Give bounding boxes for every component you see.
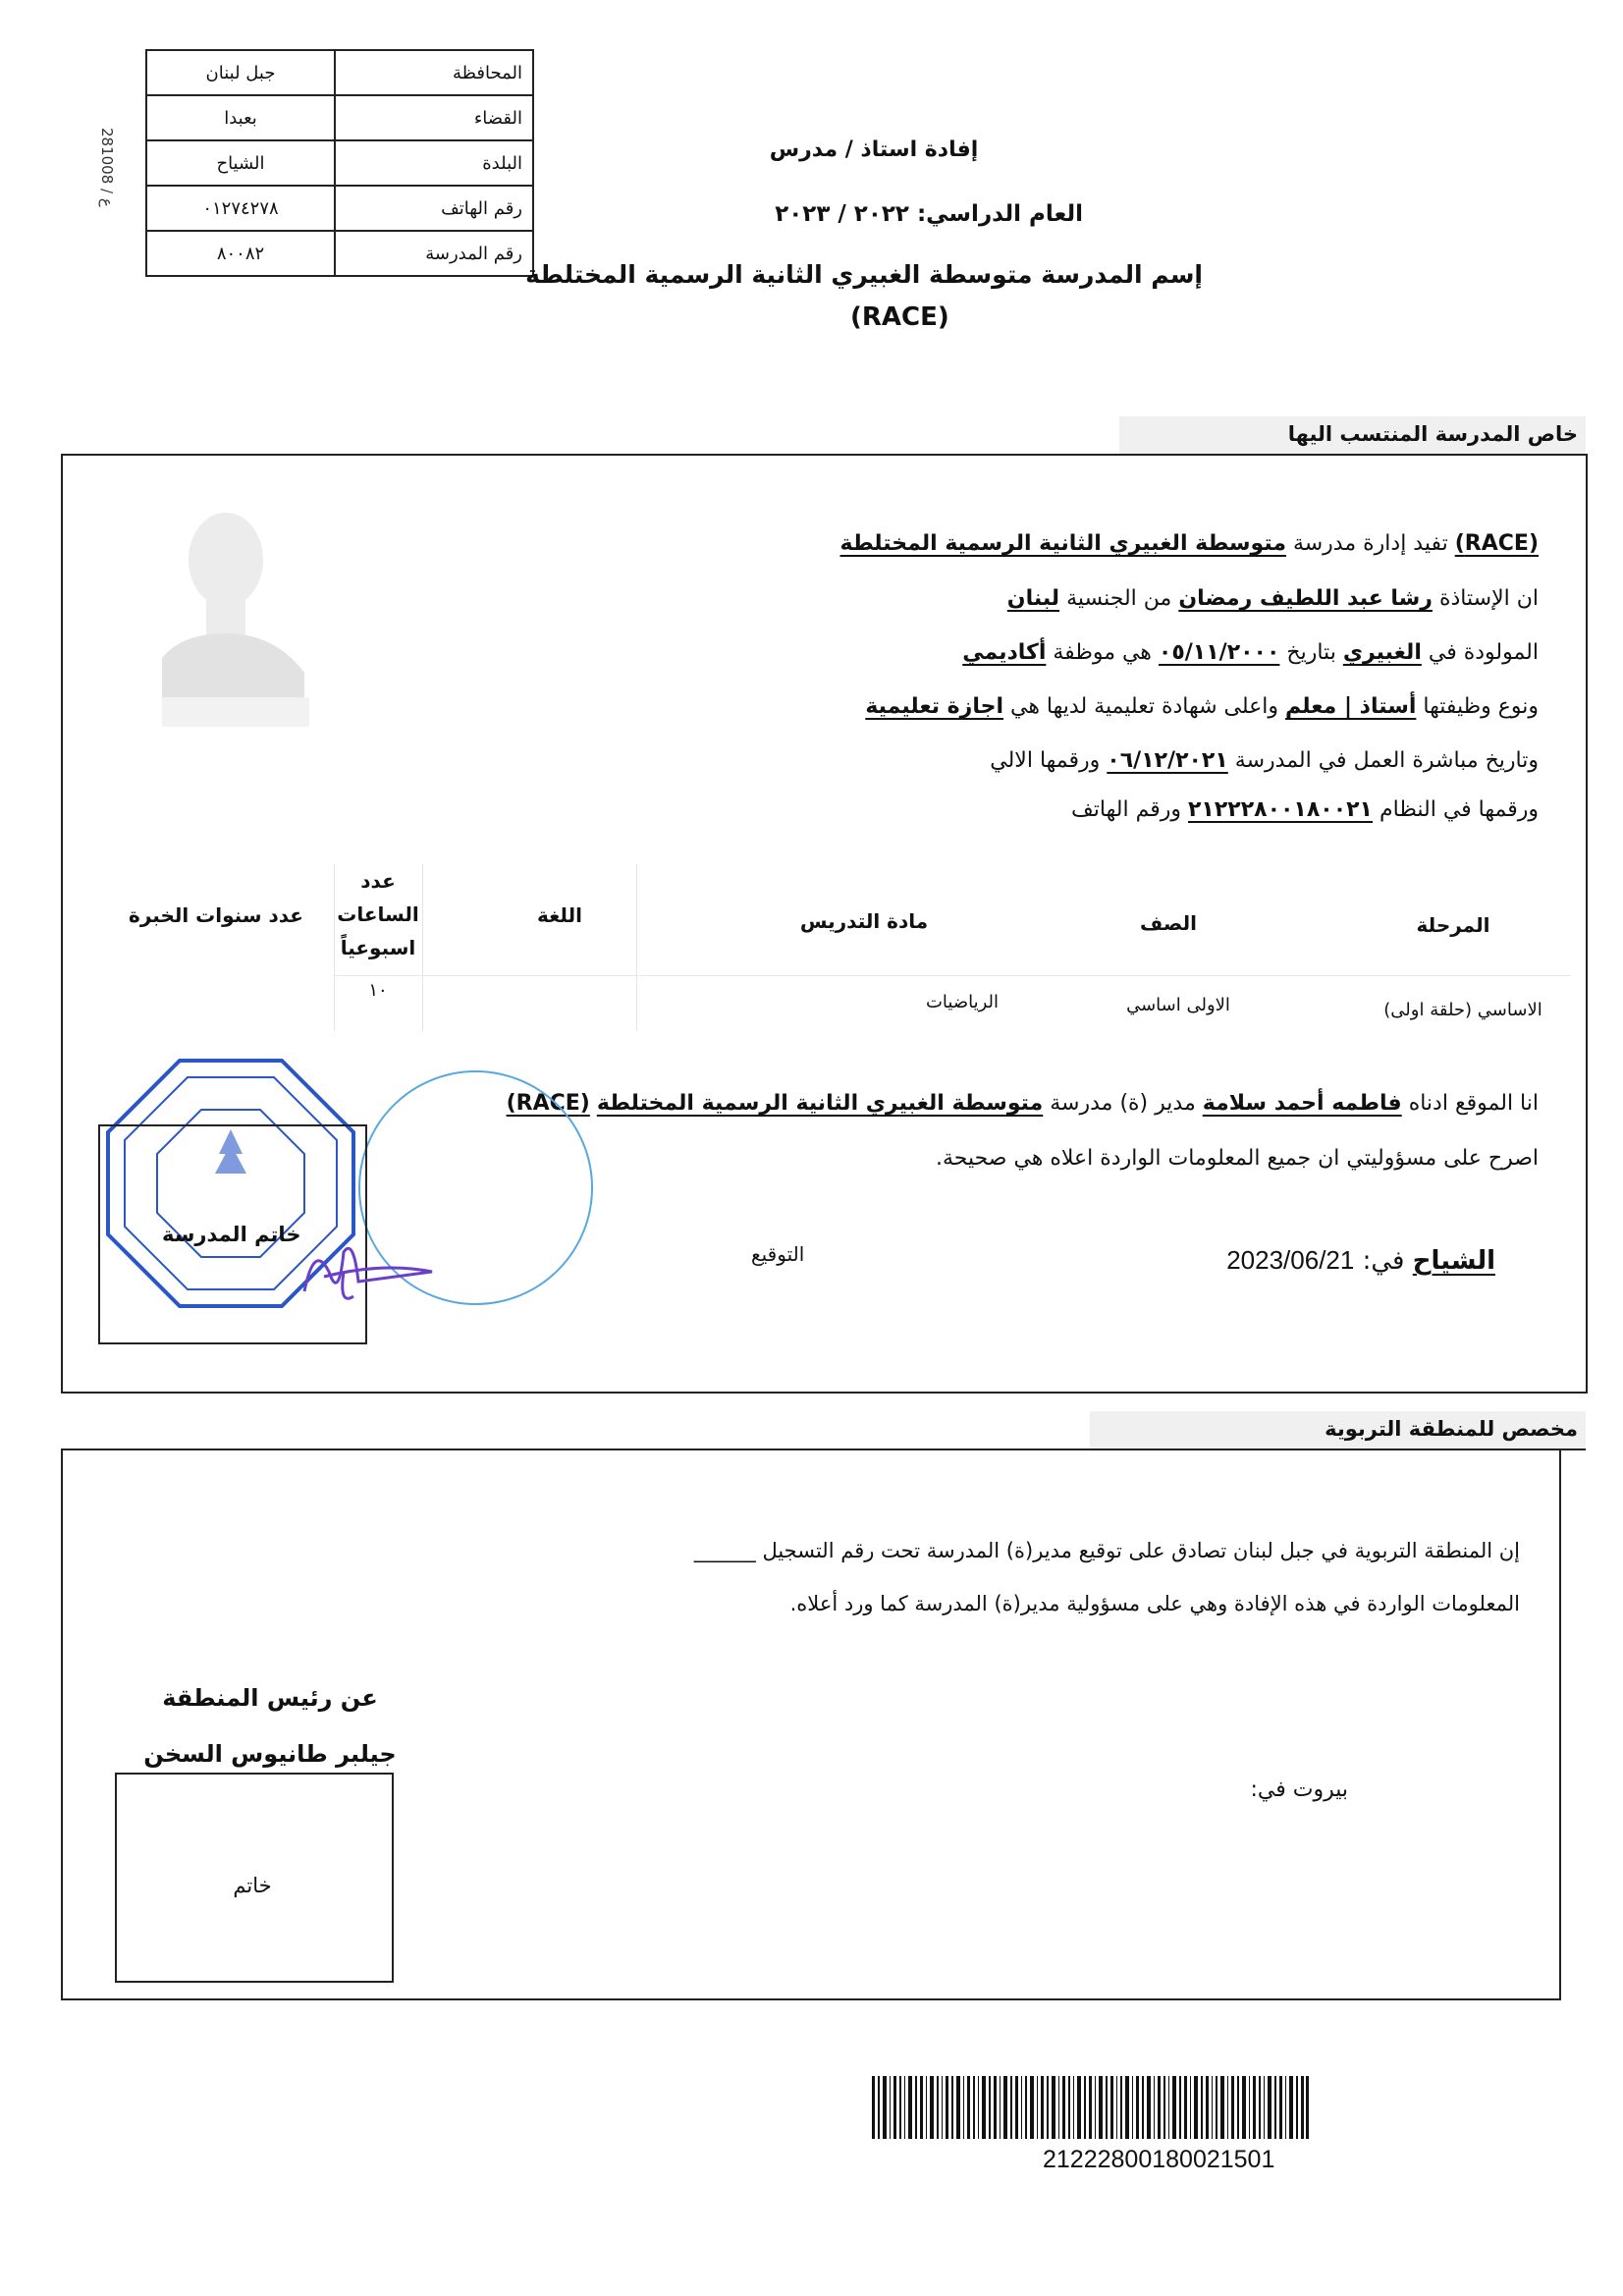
beirut-date-label: بيروت في:: [1251, 1777, 1349, 1802]
school-name: متوسطة الغبيري الثانية الرسمية المختلطة: [840, 531, 1286, 556]
table-row: المحافظة جبل لبنان: [146, 50, 533, 95]
governorate-label: المحافظة: [335, 50, 533, 95]
text: ورقمها الالي: [990, 748, 1100, 773]
declaration-line-2: اصرح على مسؤوليتي ان جميع المعلومات الوا…: [936, 1137, 1539, 1179]
header-experience-years: عدد سنوات الخبرة: [98, 903, 334, 927]
region-stamp-label: خاتم: [115, 1874, 390, 1897]
town-label: البلدة: [335, 140, 533, 186]
school-name: متوسطة الغبيري الثانية الرسمية المختلطة: [597, 1091, 1043, 1116]
certify-line-3: المولودة في الغبيري بتاريخ ٠٥/١١/٢٠٠٠ هي…: [962, 631, 1539, 674]
document-title: إفادة استاذ / مدرس: [569, 137, 1178, 162]
header-subject: مادة التدريس: [727, 909, 1001, 933]
text: انا الموقع ادناه: [1409, 1091, 1539, 1116]
text: المولودة في: [1429, 640, 1539, 665]
text: ونوع وظيفتها: [1423, 694, 1539, 719]
text: وتاريخ مباشرة العمل في المدرسة: [1235, 748, 1539, 773]
text: الساعات: [334, 898, 422, 931]
side-reference-number: 2ع / 81008: [98, 128, 116, 207]
certify-line-4: ونوع وظيفتها أستاذ | معلم واعلى شهادة تع…: [865, 685, 1539, 728]
phone-label: رقم الهاتف: [335, 186, 533, 231]
region-text-line-2: المعلومات الواردة في هذه الإفادة وهي على…: [790, 1583, 1520, 1625]
text: تفيد إدارة مدرسة: [1293, 531, 1448, 556]
text: هي موظفة: [1053, 640, 1152, 665]
header-class: الصف: [1080, 911, 1257, 935]
academic-year: العام الدراسي: ٢٠٢٢ / ٢٠٢٣: [775, 201, 1083, 227]
certificate: اجازة تعليمية: [865, 694, 1003, 719]
place-date: الشياح في: 2023/06/21: [1226, 1245, 1495, 1276]
declaration-line-1: انا الموقع ادناه فاطمه أحمد سلامة مدير (…: [507, 1082, 1539, 1124]
section-heading-school: خاص المدرسة المنتسب اليها: [1119, 416, 1586, 456]
nationality: لبنان: [1007, 586, 1059, 611]
on-behalf-label: عن رئيس المنطقة: [147, 1684, 393, 1712]
cell-stage: الاساسي (حلقة اولى): [1355, 1000, 1571, 1020]
person-photo-placeholder: [162, 501, 309, 727]
text: مدير (ة) مدرسة: [1050, 1091, 1195, 1116]
header-language: اللغة: [471, 903, 648, 927]
text: من الجنسية: [1066, 586, 1171, 611]
school-stamp-label: خاتم المدرسة: [162, 1223, 300, 1246]
academic-year-label: العام الدراسي:: [917, 201, 1083, 227]
school-race-suffix: (RACE): [850, 302, 949, 332]
certify-line-2: ان الإستاذة رشا عبد اللطيف رمضان من الجن…: [1007, 577, 1539, 620]
school-name-label: إسم المدرسة: [1041, 260, 1203, 289]
teacher-name: رشا عبد اللطيف رمضان: [1178, 586, 1433, 611]
table-row: البلدة الشياح: [146, 140, 533, 186]
table-row: رقم الهاتف ٠١٢٧٤٢٧٨: [146, 186, 533, 231]
phone-value: ٠١٢٧٤٢٧٨: [146, 186, 335, 231]
certify-line-6: ورقمها في النظام ٢١٢٢٢٨٠٠١٨٠٠٢١ ورقم اله…: [1071, 789, 1539, 831]
region-text-line-1: إن المنطقة التربوية في جبل لبنان تصادق ع…: [694, 1530, 1520, 1572]
district-label: القضاء: [335, 95, 533, 140]
cell-weekly-hours: ١٠: [334, 980, 422, 1001]
school-number-label: رقم المدرسة: [335, 231, 533, 276]
section-heading-region-text: مخصص للمنطقة التربوية: [1325, 1417, 1578, 1441]
governorate-value: جبل لبنان: [146, 50, 335, 95]
signature-label: التوقيع: [751, 1242, 804, 1266]
teaching-table: المرحلة الصف مادة التدريس اللغة عدد السا…: [98, 864, 1571, 1036]
barcode-number: 21222800180021501: [1043, 2146, 1274, 2174]
district-value: بعبدا: [146, 95, 335, 140]
school-name-title: إسم المدرسة متوسطة الغبيري الثانية الرسم…: [525, 260, 1203, 289]
school-number-value: ٨٠٠٨٢: [146, 231, 335, 276]
text: واعلى شهادة تعليمية لديها هي: [1010, 694, 1278, 719]
text: اسبوعياً: [334, 931, 422, 964]
place-name: الشياح: [1413, 1246, 1495, 1276]
date-value: 2023/06/21: [1226, 1245, 1354, 1275]
employee-type: أكاديمي: [962, 640, 1046, 665]
cell-subject: الرياضيات: [864, 992, 1060, 1012]
text: ورقمها في النظام: [1380, 797, 1539, 822]
certify-line-1: (RACE) تفيد إدارة مدرسة متوسطة الغبيري ا…: [840, 522, 1539, 565]
header-weekly-hours: عدد الساعات اسبوعياً: [334, 864, 422, 964]
header-stage: المرحلة: [1355, 913, 1551, 937]
text: في:: [1363, 1246, 1405, 1276]
barcode: [872, 2076, 1309, 2139]
academic-year-value: ٢٠٢٢ / ٢٠٢٣: [775, 201, 909, 227]
table-row: رقم المدرسة ٨٠٠٨٢: [146, 231, 533, 276]
text: عدد: [334, 864, 422, 898]
school-name-value: متوسطة الغبيري الثانية الرسمية المختلطة: [525, 260, 1032, 289]
school-info-table: المحافظة جبل لبنان القضاء بعبدا البلدة ا…: [145, 49, 534, 277]
text: بتاريخ: [1286, 640, 1335, 665]
director-name: فاطمه أحمد سلامة: [1203, 1091, 1402, 1116]
certify-line-5: وتاريخ مباشرة العمل في المدرسة ٠٦/١٢/٢٠٢…: [990, 739, 1539, 782]
town-value: الشياح: [146, 140, 335, 186]
start-date: ٠٦/١٢/٢٠٢١: [1107, 748, 1228, 773]
race-suffix: (RACE): [1455, 531, 1539, 556]
table-row: القضاء بعبدا: [146, 95, 533, 140]
section-heading-school-text: خاص المدرسة المنتسب اليها: [1288, 422, 1578, 446]
birth-place: الغبيري: [1343, 640, 1422, 665]
region-head-name: جيلبر طانيوس السخن: [128, 1740, 412, 1768]
job-type: أستاذ | معلم: [1285, 694, 1416, 719]
section-heading-region: مخصص للمنطقة التربوية: [1090, 1411, 1586, 1450]
text: ورقم الهاتف: [1071, 797, 1181, 822]
text: ان الإستاذة: [1439, 586, 1539, 611]
birth-date: ٠٥/١١/٢٠٠٠: [1159, 640, 1280, 665]
system-number: ٢١٢٢٢٨٠٠١٨٠٠٢١: [1188, 797, 1373, 822]
signature-scribble: [285, 1232, 442, 1311]
cell-class: الاولى اساسي: [1080, 995, 1276, 1015]
